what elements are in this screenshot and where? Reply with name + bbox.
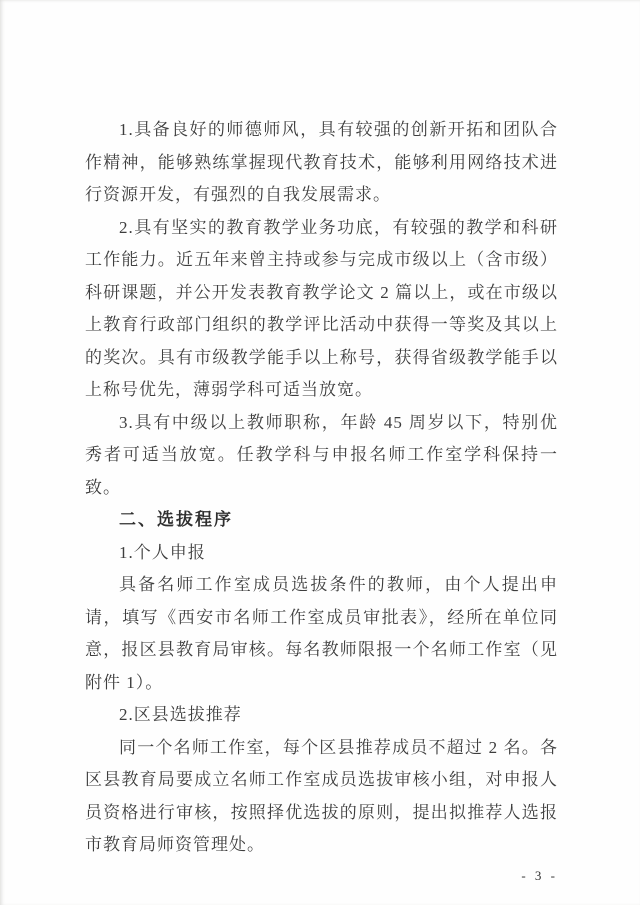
document-page: 1.具备良好的师德师风，具有较强的创新开拓和团队合作精神，能够熟练掌握现代教育技… — [0, 0, 640, 905]
paragraph-criteria-1: 1.具备良好的师德师风，具有较强的创新开拓和团队合作精神，能够熟练掌握现代教育技… — [85, 114, 558, 212]
paragraph-criteria-2: 2.具有坚实的教育教学业务功底，有较强的教学和科研工作能力。近五年来曾主持或参与… — [85, 212, 558, 407]
page-number: - 3 - — [85, 866, 558, 886]
section-heading-selection-procedure: 二、选拔程序 — [85, 504, 558, 537]
subheading-individual-application: 1.个人申报 — [85, 537, 558, 570]
document-text-block: 1.具备良好的师德师风，具有较强的创新开拓和团队合作精神，能够熟练掌握现代教育技… — [85, 114, 558, 862]
paragraph-criteria-3: 3.具有中级以上教师职称，年龄 45 周岁以下，特别优秀者可适当放宽。任教学科与… — [85, 407, 558, 505]
subheading-district-recommendation: 2.区县选拔推荐 — [85, 699, 558, 732]
paragraph-district-recommendation: 同一个名师工作室，每个区县推荐成员不超过 2 名。各区县教育局要成立名师工作室成… — [85, 732, 558, 862]
paragraph-individual-application: 具备名师工作室成员选拔条件的教师，由个人提出申请，填写《西安市名师工作室成员审批… — [85, 569, 558, 699]
